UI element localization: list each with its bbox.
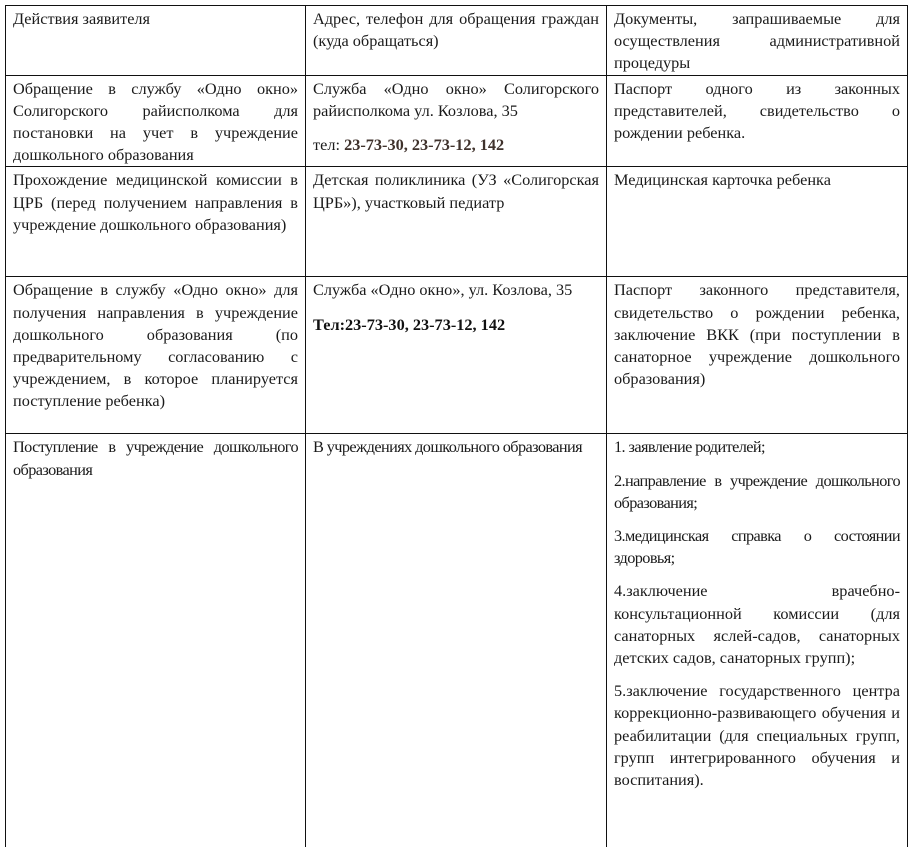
document-item: 3.медицинская справка о состоянии здоров…	[614, 525, 900, 569]
row-action: Поступление в учреждение дошкольного обр…	[6, 434, 306, 847]
table-row: Прохождение медицинской комиссии в ЦРБ (…	[6, 167, 908, 277]
table-row: Обращение в службу «Одно окно» для получ…	[6, 277, 908, 434]
phone-label: тел:	[313, 135, 344, 154]
address-text: Служба «Одно окно», ул. Козлова, 35	[313, 279, 599, 301]
document-item: 5.заключение государственного центра кор…	[614, 680, 900, 791]
document-item: 4.заключение врачебно-консультационной к…	[614, 580, 900, 669]
row-action: Прохождение медицинской комиссии в ЦРБ (…	[6, 167, 306, 277]
header-address-phone: Адрес, телефон для обращения граждан (ку…	[306, 6, 607, 76]
row-documents: Паспорт одного из законных представителе…	[607, 75, 908, 167]
row-documents: 1. заявление родителей; 2.направление в …	[607, 434, 908, 847]
row-address: В учреждениях дошкольного образования	[306, 434, 607, 847]
table-row: Обращение в службу «Одно окно» Солигорск…	[6, 75, 908, 167]
row-action: Обращение в службу «Одно окно» Солигорск…	[6, 75, 306, 167]
header-documents: Документы, запрашиваемые для осуществлен…	[607, 6, 908, 76]
row-documents: Паспорт законного представителя, свидете…	[607, 277, 908, 434]
header-applicant-actions: Действия заявителя	[6, 6, 306, 76]
phone-numbers: Тел:23-73-30, 23-73-12, 142	[313, 314, 599, 336]
row-address: Служба «Одно окно», ул. Козлова, 35 Тел:…	[306, 277, 607, 434]
phone-line: тел: 23-73-30, 23-73-12, 142	[313, 134, 599, 156]
phone-numbers: 23-73-30, 23-73-12, 142	[344, 135, 504, 154]
row-address: Служба «Одно окно» Солигорского райиспол…	[306, 75, 607, 167]
table-row: Поступление в учреждение дошкольного обр…	[6, 434, 908, 847]
table-header-row: Действия заявителя Адрес, телефон для об…	[6, 6, 908, 76]
row-action: Обращение в службу «Одно окно» для получ…	[6, 277, 306, 434]
document-item: 1. заявление родителей;	[614, 436, 900, 458]
address-text: Служба «Одно окно» Солигорского райиспол…	[313, 78, 599, 122]
procedure-table: Действия заявителя Адрес, телефон для об…	[5, 5, 908, 847]
document-item: 2.направление в учреждение дошкольного о…	[614, 470, 900, 514]
row-address: Детская поликлиника (УЗ «Солигорская ЦРБ…	[306, 167, 607, 277]
row-documents: Медицинская карточка ребенка	[607, 167, 908, 277]
